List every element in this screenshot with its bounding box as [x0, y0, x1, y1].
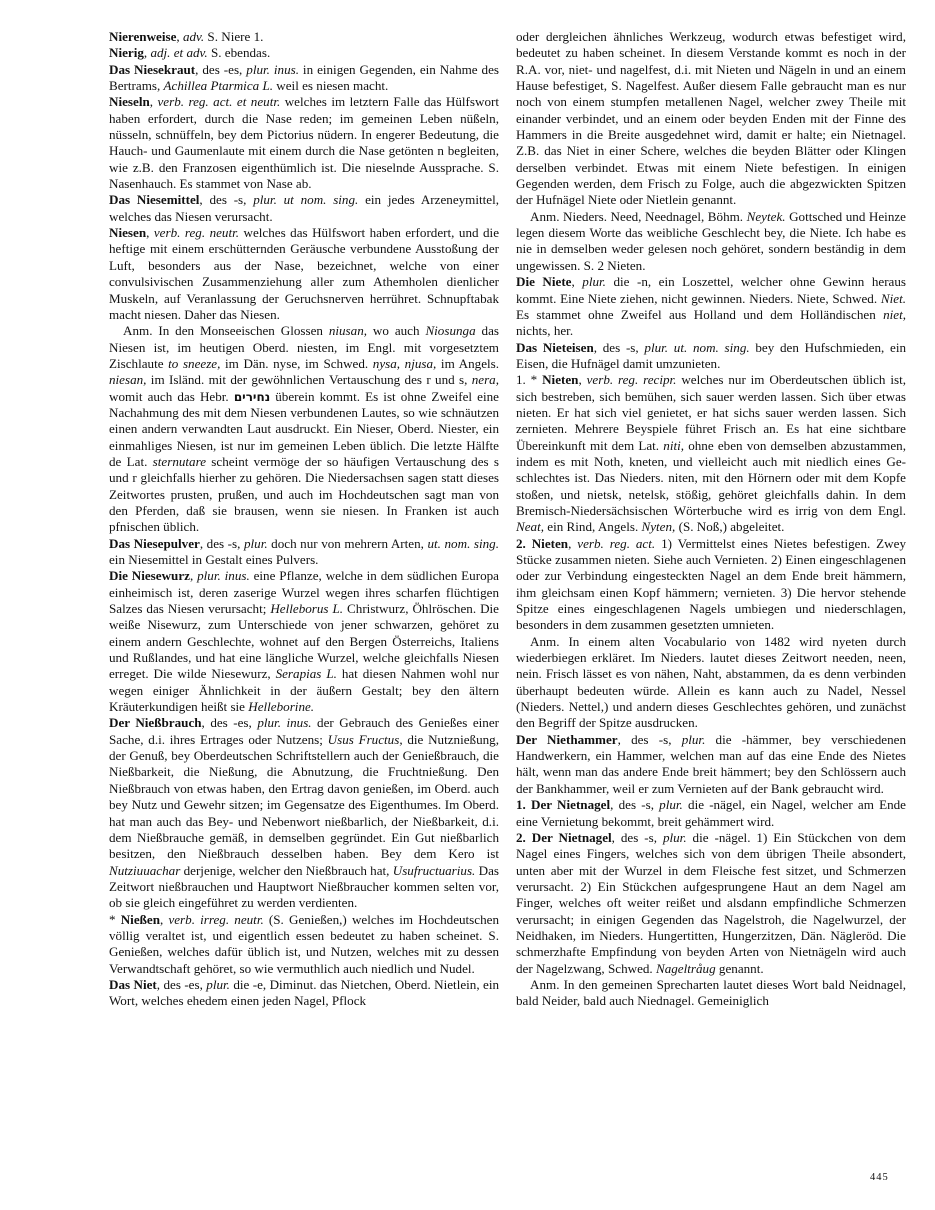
- body-text: doch nur von mehrern Arten,: [268, 536, 428, 551]
- italic-text: plur.: [206, 977, 230, 992]
- body-text: genannt.: [716, 961, 764, 976]
- body-text: , des -es,: [195, 62, 246, 77]
- body-text: wo auch: [367, 323, 425, 338]
- italic-text: Achillea Ptarmica L.: [164, 78, 273, 93]
- annotation-paragraph: Anm. In den Monseeischen Glossen niusan,…: [109, 323, 499, 535]
- body-text: weil es niesen macht.: [273, 78, 388, 93]
- dictionary-entry: 1. * Nieten, verb. reg. recipr. welches …: [516, 372, 906, 535]
- italic-text: nera,: [472, 372, 499, 387]
- dictionary-entry: Nierenweise, adv. S. Niere 1.: [109, 29, 499, 45]
- body-text: , des -es,: [202, 715, 258, 730]
- italic-text: Serapias L.: [276, 666, 337, 681]
- italic-text: ut. nom. sing.: [428, 536, 500, 551]
- italic-text: sternutare: [153, 454, 206, 469]
- hebrew-word: נחירים: [234, 390, 270, 404]
- dictionary-entry: Das Niesemittel, des -s, plur. ut nom. s…: [109, 192, 499, 225]
- dictionary-entry: * Nießen, verb. irreg. neutr. (S. Genieß…: [109, 912, 499, 977]
- dictionary-entry: Nieseln, verb. reg. act. et neutr. welch…: [109, 94, 499, 192]
- body-text: (S. Noß,) abgeleitet.: [675, 519, 784, 534]
- body-text: , des -s,: [200, 536, 244, 551]
- body-text: im Isländ. mit der gewöhnlichen Vertausc…: [146, 372, 471, 387]
- italic-text: Usufructuarius.: [393, 863, 476, 878]
- italic-text: verb. reg. recipr.: [587, 372, 677, 387]
- body-text: , des -s,: [618, 732, 682, 747]
- body-text: oder dergleichen ähnliches Werkzeug, wod…: [516, 29, 906, 207]
- italic-text: nysa, njusa,: [373, 356, 437, 371]
- italic-text: Nageltråug: [656, 961, 716, 976]
- body-text: im Angels.: [436, 356, 499, 371]
- italic-text: Usus Fructus,: [328, 732, 403, 747]
- left-column: Nierenweise, adv. S. Niere 1.Nierig, adj…: [109, 29, 499, 1010]
- italic-text: Helleborine.: [248, 699, 314, 714]
- annotation-paragraph: Anm. In den gemeinen Sprecharten lautet …: [516, 977, 906, 1010]
- italic-text: Neat,: [516, 519, 544, 534]
- headword: 2. Nieten: [516, 536, 568, 551]
- italic-text: Niosun­ga: [425, 323, 475, 338]
- italic-text: plur. ut. nom. sing.: [644, 340, 749, 355]
- dictionary-entry: 2. Nieten, verb. reg. act. 1) Vermittels…: [516, 536, 906, 634]
- headword: Das Niesepulver: [109, 536, 200, 551]
- headword: Der Nießbrauch: [109, 715, 202, 730]
- italic-text: plur.: [663, 830, 687, 845]
- italic-text: adj. et adv.: [150, 45, 207, 60]
- headword: Das Niet: [109, 977, 157, 992]
- italic-text: Neytek.: [747, 209, 786, 224]
- italic-text: to sneeze,: [168, 356, 220, 371]
- italic-text: verb. reg. neutr.: [154, 225, 239, 240]
- italic-text: plur.: [582, 274, 606, 289]
- italic-text: plur. inus.: [257, 715, 311, 730]
- headword: Das Nieteisen: [516, 340, 594, 355]
- italic-text: plur. inus.: [197, 568, 250, 583]
- body-text: womit auch das Hebr.: [109, 389, 234, 404]
- right-column: oder dergleichen ähnliches Werkzeug, wod…: [516, 29, 906, 1010]
- body-text: , des -s,: [610, 797, 659, 812]
- italic-text: niet,: [883, 307, 906, 322]
- dictionary-entry: Das Niet, des -es, plur. die -e, Diminut…: [109, 977, 499, 1010]
- italic-text: Nutziuuachar: [109, 863, 180, 878]
- annotation-paragraph: Anm. In einem alten Vocabulario von 1482…: [516, 634, 906, 732]
- headword: Das Niesemittel: [109, 192, 199, 207]
- italic-text: plur. inus.: [246, 62, 299, 77]
- italic-text: plur. ut nom. sing.: [253, 192, 358, 207]
- headword: Das Niesekraut: [109, 62, 195, 77]
- body-text: 1. *: [516, 372, 542, 387]
- body-text: ,: [572, 274, 583, 289]
- body-text: , des -es,: [157, 977, 207, 992]
- body-text: ,: [578, 372, 586, 387]
- body-text: Es stammet ohne Zweifel aus Holland und …: [516, 307, 883, 322]
- body-text: Anm. Nieders. Need, Neednagel, Böhm.: [530, 209, 747, 224]
- dictionary-entry: Das Niesepulver, des -s, plur. doch nur …: [109, 536, 499, 569]
- body-text: ein Rind, Angels.: [544, 519, 641, 534]
- italic-text: verb. reg. act. et neutr.: [157, 94, 280, 109]
- body-text: derjenige, wel­cher den Nießbrauch hat,: [180, 863, 392, 878]
- headword: Nießen: [121, 912, 160, 927]
- dictionary-entry: oder dergleichen ähnliches Werkzeug, wod…: [516, 29, 906, 209]
- italic-text: Helleborus L.: [270, 601, 343, 616]
- body-text: Anm. In den Monseeischen Glossen: [123, 323, 329, 338]
- italic-text: verb. reg. act.: [577, 536, 655, 551]
- body-text: nichts, her.: [516, 323, 573, 338]
- body-text: ,: [146, 225, 154, 240]
- italic-text: plur.: [244, 536, 268, 551]
- headword: 2. Der Nietnagel: [516, 830, 612, 845]
- headword: Nierenweise: [109, 29, 176, 44]
- italic-text: niusan,: [329, 323, 367, 338]
- body-text: die Nutznießung, der Genuß, bey Oberdeut…: [109, 732, 499, 861]
- annotation-paragraph: Anm. Nieders. Need, Neednagel, Böhm. Ney…: [516, 209, 906, 274]
- dictionary-entry: Das Niesekraut, des -es, plur. inus. in …: [109, 62, 499, 95]
- italic-text: niti,: [663, 438, 684, 453]
- body-text: ein Niesemittel in Gestalt eines Pulvers…: [109, 552, 318, 567]
- body-text: , des -s,: [594, 340, 645, 355]
- dictionary-entry: Nierig, adj. et adv. S. ebendas.: [109, 45, 499, 61]
- dictionary-entry: Die Niesewurz, plur. inus. eine Pflanze,…: [109, 568, 499, 715]
- headword: Nieten: [542, 372, 578, 387]
- headword: Nieseln: [109, 94, 150, 109]
- headword: Die Niesewurz: [109, 568, 190, 583]
- dictionary-entry: Der Nießbrauch, des -es, plur. inus. der…: [109, 715, 499, 911]
- italic-text: Niet.: [881, 291, 906, 306]
- headword: Niesen: [109, 225, 146, 240]
- italic-text: niesan,: [109, 372, 146, 387]
- body-text: S. ebendas.: [208, 45, 271, 60]
- dictionary-entry: Das Nieteisen, des -s, plur. ut. nom. si…: [516, 340, 906, 373]
- dictionary-entry: Niesen, verb. reg. neutr. welches das Hü…: [109, 225, 499, 323]
- body-text: , des -s,: [612, 830, 663, 845]
- headword: Die Niete: [516, 274, 572, 289]
- body-text: die -nägel. 1) Ein Stückchen von dem Nag…: [516, 830, 906, 976]
- italic-text: plur.: [682, 732, 706, 747]
- dictionary-page: Nierenweise, adv. S. Niere 1.Nierig, adj…: [0, 0, 935, 1210]
- italic-text: verb. irreg. neutr.: [168, 912, 263, 927]
- body-text: S. Niere 1.: [204, 29, 263, 44]
- body-text: *: [109, 912, 121, 927]
- body-text: im Dän. nyse, im Schwed.: [220, 356, 372, 371]
- body-text: Anm. In einem alten Vocabulario von 1482…: [516, 634, 906, 731]
- italic-text: adv.: [183, 29, 204, 44]
- italic-text: Nyten,: [642, 519, 676, 534]
- body-text: Anm. In den gemeinen Sprecharten lautet …: [516, 977, 906, 1008]
- italic-text: plur.: [659, 797, 683, 812]
- dictionary-entry: Der Niethammer, des -s, plur. die -hämme…: [516, 732, 906, 797]
- dictionary-entry: 1. Der Nietnagel, des -s, plur. die -näg…: [516, 797, 906, 830]
- dictionary-entry: Die Niete, plur. die -n, ein Loszettel, …: [516, 274, 906, 339]
- headword: Nierig: [109, 45, 144, 60]
- headword: 1. Der Nietnagel: [516, 797, 610, 812]
- body-text: , des -s,: [199, 192, 253, 207]
- page-number: 445: [870, 1172, 889, 1183]
- dictionary-entry: 2. Der Nietnagel, des -s, plur. die -näg…: [516, 830, 906, 977]
- headword: Der Niethammer: [516, 732, 618, 747]
- body-text: ,: [568, 536, 577, 551]
